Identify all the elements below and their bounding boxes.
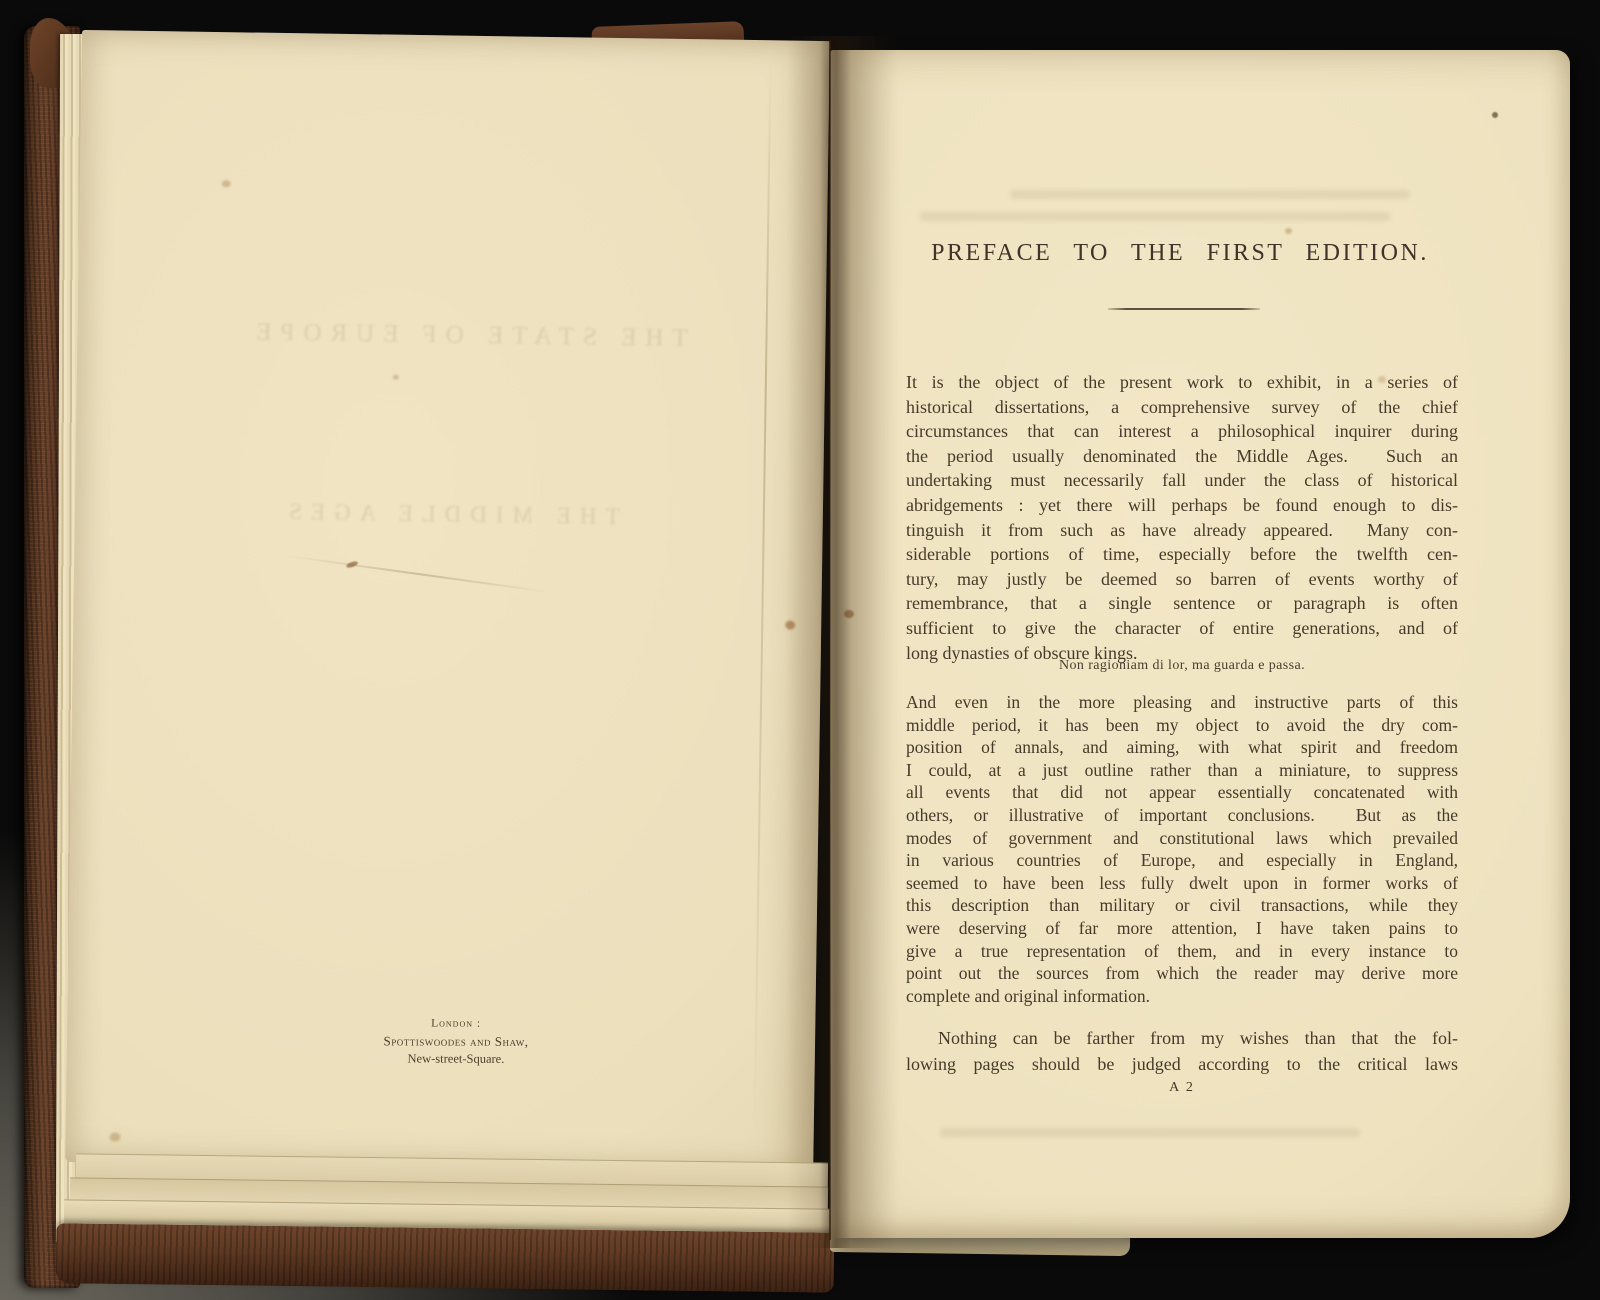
text-line: point out the sources from which the rea… [906,962,1458,985]
gutter-crease [829,40,831,1240]
page-crease [754,60,772,1140]
showthrough-title-line: THE STATE OF EUROPE [227,318,707,353]
text-line: all events that did not appear essential… [906,781,1458,804]
open-book-photo: THE STATE OF EUROPE THE MIDDLE AGES Lond… [0,0,1600,1300]
paragraph-3: Nothing can be farther from my wishes th… [906,1026,1458,1077]
cover-bottom-edge [56,1223,835,1293]
printer-imprint: London : Spottiswoodes and Shaw, New-str… [331,1017,581,1067]
text-line: historical dissertations, a comprehensiv… [906,395,1458,420]
foxing-spot [222,180,231,187]
text-line: It is the object of the present work to … [906,370,1458,395]
foxing-spot [1285,228,1292,234]
text-line: And even in the more pleasing and instru… [906,691,1458,714]
showthrough-text [920,212,1390,221]
text-line: complete and original information. [906,985,1458,1008]
imprint-address: New-street-Square. [331,1051,581,1067]
text-line: I could, at a just outline rather than a… [906,759,1458,782]
showthrough-text [940,1128,1360,1137]
paragraph-1: It is the object of the present work to … [906,370,1458,665]
signature-mark: A 2 [906,1080,1458,1096]
text-line: undertaking must necessarily fall under … [906,468,1458,493]
text-line: sufficient to give the character of enti… [906,616,1458,641]
foxing-spot [393,375,399,380]
text-line: abridgements : yet there will perhaps be… [906,493,1458,518]
foxing-spot [785,620,795,629]
foxing-spot [346,560,359,569]
text-line: tury, may justly be deemed so barren of … [906,567,1458,592]
left-page: THE STATE OF EUROPE THE MIDDLE AGES Lond… [65,30,830,1173]
page-crease [285,555,553,594]
text-line: position of annals, and aiming, with wha… [906,736,1458,759]
text-line: the period usually denominated the Middl… [906,444,1458,469]
paragraph-2: And even in the more pleasing and instru… [906,691,1458,1007]
foxing-spot [1492,112,1498,118]
dante-quote: Non ragioniam di lor, ma guarda e passa. [906,658,1458,674]
text-line: remembrance, that a single sentence or p… [906,591,1458,616]
text-line: tinguish it from such as have already ap… [906,518,1458,543]
showthrough-text [1010,190,1410,199]
text-line: this description than military or civil … [906,894,1458,917]
text-line: lowing pages should be judged according … [906,1052,1458,1078]
text-line: were deserving of far more attention, I … [906,917,1458,940]
imprint-printer: Spottiswoodes and Shaw, [331,1033,581,1050]
foxing-spot [844,610,854,618]
showthrough-title-line: THE MIDDLE AGES [250,499,650,531]
heading-rule [1108,308,1260,310]
text-line: middle period, it has been my object to … [906,714,1458,737]
foxing-spot [110,1133,121,1142]
text-line: others, or illustrative of important con… [906,804,1458,827]
text-line: modes of government and constitutional l… [906,827,1458,850]
text-line: give a true representation of them, and … [906,940,1458,963]
text-line: seemed to have been less fully dwelt upo… [906,872,1458,895]
text-line: Nothing can be farther from my wishes th… [906,1026,1458,1052]
foxing-spot [1378,376,1386,383]
text-line: siderable portions of time, especially b… [906,542,1458,567]
text-line: circumstances that can interest a philos… [906,419,1458,444]
preface-heading: PREFACE TO THE FIRST EDITION. [900,240,1460,267]
text-line: in various countries of Europe, and espe… [906,849,1458,872]
right-page: PREFACE TO THE FIRST EDITION. It is the … [830,50,1570,1238]
imprint-city: London : [331,1017,581,1030]
